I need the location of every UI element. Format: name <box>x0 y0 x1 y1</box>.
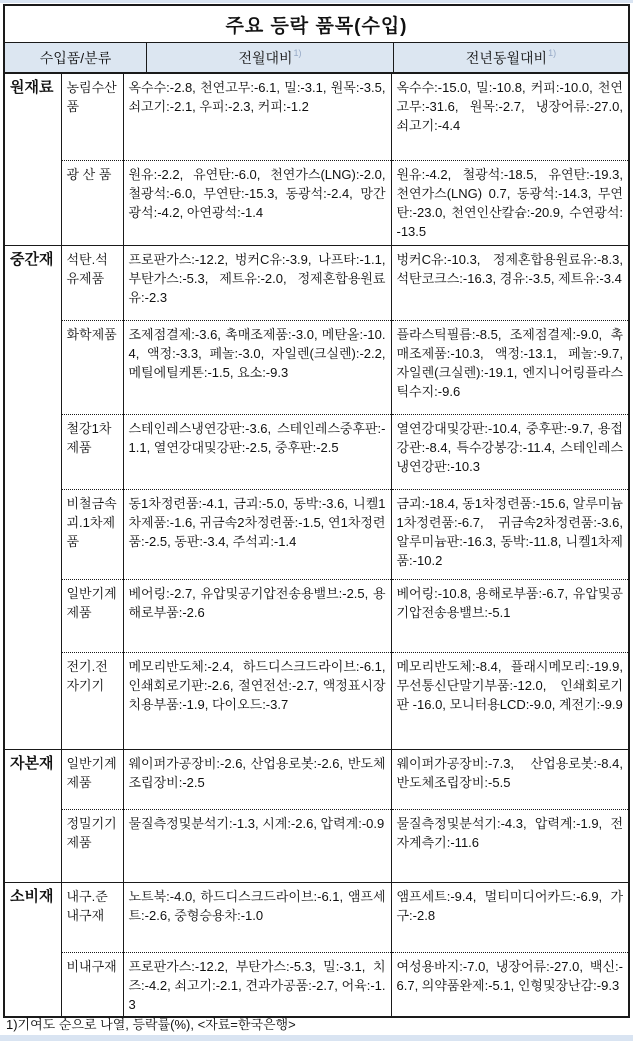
footnote-marker: 1) <box>294 48 302 58</box>
bottom-frame-strip <box>0 1035 633 1041</box>
prev-month-cell: 스테인레스냉연강판:-3.6, 스테인레스중후판:-1.1, 열연강대및강판:-… <box>123 414 391 489</box>
page-title: 주요 등락 품목(수입) <box>5 6 628 43</box>
prev-month-cell: 조제점결제:-3.6, 촉매조제품:-3.0, 메탄올:-10.4, 액정:-3… <box>123 320 391 414</box>
prev-year-cell: 열연강대및강판:-10.4, 중후판:-9.7, 용접강관:-8.4, 특수강봉… <box>391 414 628 489</box>
table-sheet: 주요 등락 품목(수입) 수입품/분류 전월대비1) 전년동월대비1) 원재료 … <box>3 4 630 1018</box>
prev-year-cell: 메모리반도체:-8.4, 플래시메모리:-19.9, 무선통신단말기부품:-12… <box>391 652 628 749</box>
col-header-prev-year-label: 전년동월대비 <box>466 48 547 68</box>
group-label: 원재료 <box>5 74 61 245</box>
group-label: 소비재 <box>5 882 61 1016</box>
prev-year-cell: 웨이퍼가공장비:-7.3, 산업용로봇:-8.4, 반도체조립장비:-5.5 <box>391 749 628 809</box>
col-header-category-label: 수입품/분류 <box>40 48 112 68</box>
item-label: 내구.준내구재 <box>61 882 123 952</box>
prev-month-cell: 동1차정련품:-4.1, 금괴:-5.0, 동박:-3.6, 니켈1차제품:-1… <box>123 489 391 579</box>
table-row: 일반기계제품 베어링:-2.7, 유압및공기압전송용밸브:-2.5, 용해로부품… <box>5 579 628 652</box>
prev-month-cell: 웨이퍼가공장비:-2.6, 산업용로봇:-2.6, 반도체조립장비:-2.5 <box>123 749 391 809</box>
prev-year-cell: 베어링:-10.8, 용해로부품:-6.7, 유압및공기압전송용밸브:-5.1 <box>391 579 628 652</box>
item-label: 광 산 품 <box>61 160 123 245</box>
table-row: 광 산 품 원유:-2.2, 유연탄:-6.0, 천연가스(LNG):-2.0,… <box>5 160 628 245</box>
table-row: 비내구재 프로판가스:-12.2, 부탄가스:-5.3, 밀:-3.1, 치즈:… <box>5 952 628 1016</box>
col-header-prev-month-label: 전월대비 <box>238 48 292 68</box>
table-row: 철강1차제품 스테인레스냉연강판:-3.6, 스테인레스중후판:-1.1, 열연… <box>5 414 628 489</box>
table-row: 전기.전자기기 메모리반도체:-2.4, 하드디스크드라이브:-6.1, 인쇄회… <box>5 652 628 749</box>
col-header-prev-year: 전년동월대비1) <box>394 43 628 72</box>
group-label: 중간재 <box>5 245 61 749</box>
table-row: 소비재 내구.준내구재 노트북:-4.0, 하드디스크드라이브:-6.1, 앰프… <box>5 882 628 952</box>
items-table: 원재료 농림수산품 옥수수:-2.8, 천연고무:-6.1, 밀:-3.1, 원… <box>5 74 628 1016</box>
item-label: 석탄.석유제품 <box>61 245 123 320</box>
prev-month-cell: 프로판가스:-12.2, 벙커C유:-3.9, 나프타:-1.1, 부탄가스:-… <box>123 245 391 320</box>
item-label: 일반기계제품 <box>61 579 123 652</box>
item-label: 전기.전자기기 <box>61 652 123 749</box>
item-label: 정밀기기제품 <box>61 809 123 882</box>
prev-month-cell: 메모리반도체:-2.4, 하드디스크드라이브:-6.1, 인쇄회로기판:-2.6… <box>123 652 391 749</box>
item-label: 농림수산품 <box>61 74 123 160</box>
column-header-row: 수입품/분류 전월대비1) 전년동월대비1) <box>5 43 628 74</box>
prev-month-cell: 물질측정및분석기:-1.3, 시계:-2.6, 압력계:-0.9 <box>123 809 391 882</box>
table-row: 자본재 일반기계제품 웨이퍼가공장비:-2.6, 산업용로봇:-2.6, 반도체… <box>5 749 628 809</box>
prev-year-cell: 플라스틱필름:-8.5, 조제점결제:-9.0, 촉매조제품:-10.3, 액정… <box>391 320 628 414</box>
prev-month-cell: 원유:-2.2, 유연탄:-6.0, 천연가스(LNG):-2.0, 철광석:-… <box>123 160 391 245</box>
prev-year-cell: 옥수수:-15.0, 밀:-10.8, 커피:-10.0, 천연고무:-31.6… <box>391 74 628 160</box>
item-label: 비내구재 <box>61 952 123 1016</box>
footnote-marker: 1) <box>548 48 556 58</box>
group-label: 자본재 <box>5 749 61 882</box>
prev-year-cell: 금괴:-18.4, 동1차정련품:-15.6, 알루미늄1차정련품:-6.7, … <box>391 489 628 579</box>
prev-year-cell: 물질측정및분석기:-4.3, 압력계:-1.9, 전자계측기:-11.6 <box>391 809 628 882</box>
top-frame-strip <box>0 0 633 3</box>
prev-month-cell: 노트북:-4.0, 하드디스크드라이브:-6.1, 앰프세트:-2.6, 중형승… <box>123 882 391 952</box>
prev-year-cell: 벙커C유:-10.3, 정제혼합용원료유:-8.3, 석탄코크스:-16.3, … <box>391 245 628 320</box>
prev-year-cell: 앰프세트:-9.4, 멀티미디어카드:-6.9, 가구:-2.8 <box>391 882 628 952</box>
item-label: 화학제품 <box>61 320 123 414</box>
table-row: 화학제품 조제점결제:-3.6, 촉매조제품:-3.0, 메탄올:-10.4, … <box>5 320 628 414</box>
item-label: 일반기계제품 <box>61 749 123 809</box>
prev-year-cell: 여성용바지:-7.0, 냉장어류:-27.0, 백신:-6.7, 의약품완제:-… <box>391 952 628 1016</box>
table-row: 중간재 석탄.석유제품 프로판가스:-12.2, 벙커C유:-3.9, 나프타:… <box>5 245 628 320</box>
prev-month-cell: 프로판가스:-12.2, 부탄가스:-5.3, 밀:-3.1, 치즈:-4.2,… <box>123 952 391 1016</box>
col-header-prev-month: 전월대비1) <box>147 43 394 72</box>
table-row: 정밀기기제품 물질측정및분석기:-1.3, 시계:-2.6, 압력계:-0.9 … <box>5 809 628 882</box>
col-header-category: 수입품/분류 <box>5 43 147 72</box>
item-label: 비철금속괴.1차제품 <box>61 489 123 579</box>
table-row: 원재료 농림수산품 옥수수:-2.8, 천연고무:-6.1, 밀:-3.1, 원… <box>5 74 628 160</box>
prev-month-cell: 옥수수:-2.8, 천연고무:-6.1, 밀:-3.1, 원목:-3.5, 쇠고… <box>123 74 391 160</box>
prev-month-cell: 베어링:-2.7, 유압및공기압전송용밸브:-2.5, 용해로부품:-2.6 <box>123 579 391 652</box>
item-label: 철강1차제품 <box>61 414 123 489</box>
footnote: 1)기여도 순으로 나열, 등락률(%), <자료=한국은행> <box>6 1014 296 1033</box>
prev-year-cell: 원유:-4.2, 철광석:-18.5, 유연탄:-19.3, 천연가스(LNG)… <box>391 160 628 245</box>
table-row: 비철금속괴.1차제품 동1차정련품:-4.1, 금괴:-5.0, 동박:-3.6… <box>5 489 628 579</box>
